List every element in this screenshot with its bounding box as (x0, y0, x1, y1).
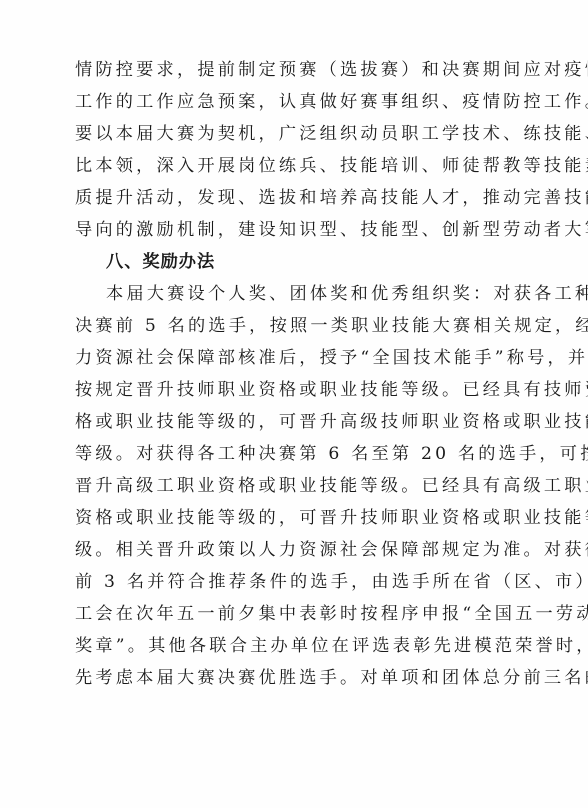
paragraph-line: 质提升活动，发现、选拔和培养高技能人才，推动完善技能 (75, 188, 527, 210)
paragraph-line: 本届大赛设个人奖、团体奖和优秀组织奖：对获各工种 (106, 284, 527, 306)
paragraph-line: 力资源社会保障部核准后，授予“全国技术能手”称号，并 (75, 348, 527, 370)
paragraph-line: 导向的激励机制，建设知识型、技能型、创新型劳动者大军。 (75, 220, 527, 242)
paragraph-line: 要以本届大赛为契机，广泛组织动员职工学技术、练技能、 (75, 124, 527, 146)
paragraph-line: 决赛前 5 名的选手，按照一类职业技能大赛相关规定，经人 (75, 316, 527, 338)
paragraph-line: 奖章”。其他各联合主办单位在评选表彰先进模范荣誉时，优 (75, 636, 527, 658)
document-page: 情防控要求，提前制定预赛（选拔赛）和决赛期间应对疫情 工作的工作应急预案，认真做… (0, 0, 588, 808)
paragraph-line: 级。相关晋升政策以人力资源社会保障部规定为准。对获得 (75, 540, 527, 562)
paragraph-line: 前 3 名并符合推荐条件的选手，由选手所在省（区、市）总 (75, 572, 527, 594)
paragraph-line: 等级。对获得各工种决赛第 6 名至第 20 名的选手，可按规定 (75, 444, 527, 466)
paragraph-line: 按规定晋升技师职业资格或职业技能等级。已经具有技师资 (75, 380, 527, 402)
paragraph-line: 工会在次年五一前夕集中表彰时按程序申报“全国五一劳动 (75, 604, 527, 626)
paragraph-line: 格或职业技能等级的，可晋升高级技师职业资格或职业技能 (75, 412, 527, 434)
section-heading: 八、奖励办法 (106, 252, 527, 274)
paragraph-line: 晋升高级工职业资格或职业技能等级。已经具有高级工职业 (75, 476, 527, 498)
paragraph-line: 资格或职业技能等级的，可晋升技师职业资格或职业技能等 (75, 508, 527, 530)
paragraph-line: 先考虑本届大赛决赛优胜选手。对单项和团体总分前三名的 (75, 668, 527, 690)
paragraph-line: 情防控要求，提前制定预赛（选拔赛）和决赛期间应对疫情 (75, 60, 527, 82)
paragraph-line: 比本领，深入开展岗位练兵、技能培训、师徒帮教等技能素 (75, 156, 527, 178)
paragraph-line: 工作的工作应急预案，认真做好赛事组织、疫情防控工作。 (75, 92, 527, 114)
